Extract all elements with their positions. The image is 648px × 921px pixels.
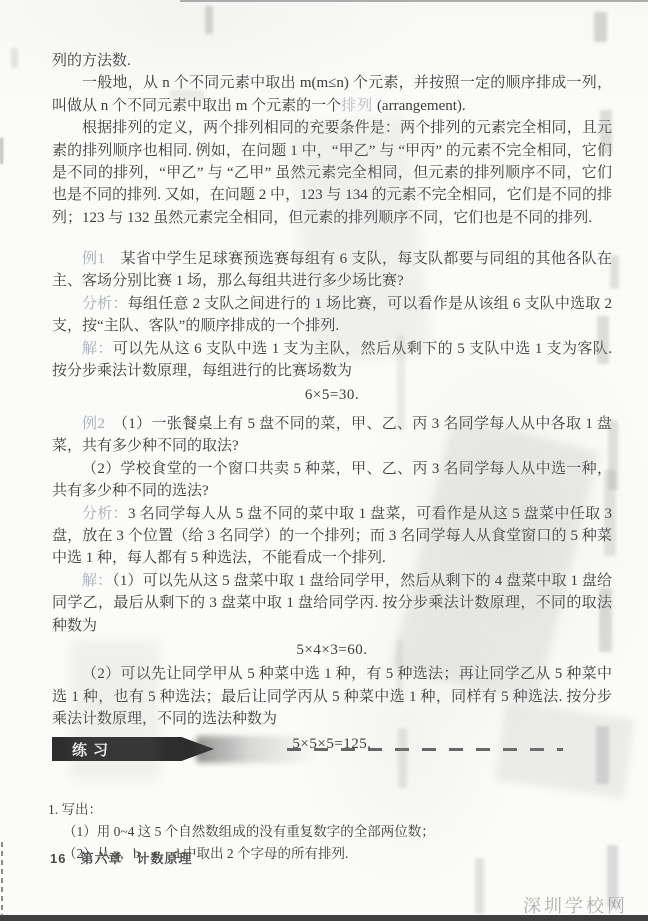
continued-text: 列的方法数. [52, 53, 131, 69]
textbook-page: 列的方法数. 一般地，从 n 个不同元素中取出 m(m≤n) 个元素，并按照一定… [0, 0, 648, 921]
analysis-label: 分析： [82, 296, 128, 312]
example-2-solution2: （2）可以先让同学甲从 5 种菜中选 1 种，有 5 种选法；再让同学乙从 5 … [52, 663, 612, 730]
example-2-solution1: 解：（1）可以先从这 5 盘菜中取 1 盘给同学甲，然后从剩下的 4 盘菜中取 … [52, 570, 612, 637]
definition-text-after: (arrangement). [373, 98, 465, 114]
example-2-formula1: 5×4×3=60. [52, 639, 612, 661]
example-2-question1-text: （1）一张餐桌上有 5 盘不同的菜，甲、乙、丙 3 名同学每人从中各取 1 盘菜… [52, 416, 612, 454]
example-1-analysis: 分析：每组任意 2 支队之间进行的 1 场比赛，可以看作是从该组 6 支队中选取… [52, 293, 612, 338]
key-term-arrangement: 排列 [341, 98, 373, 114]
exercise-banner-label: 练习 [72, 739, 114, 760]
scan-edge-left-mark [0, 138, 3, 164]
page-number: 16 [50, 851, 66, 866]
example-2-solution1-text: （1）可以先从这 5 盘菜中取 1 盘给同学甲，然后从剩下的 4 盘菜中取 1 … [52, 573, 612, 634]
chapter-label: 第六章 [80, 851, 122, 866]
scan-artifact [205, 6, 213, 34]
definition-paragraph: 一般地，从 n 个不同元素中取出 m(m≤n) 个元素，并按照一定的顺序排成一列… [52, 72, 612, 117]
example-2-analysis: 分析：3 名同学每人从 5 盘不同的菜中取 1 盘菜，可看作是从这 5 盘菜中任… [52, 503, 612, 570]
continued-paragraph: 列的方法数. [52, 50, 612, 72]
condition-paragraph: 根据排列的定义，两个排列相同的充要条件是：两个排列的元素完全相同，且元素的排列顺… [52, 117, 612, 229]
example-2-question2: （2）学校食堂的一个窗口共卖 5 种菜，甲、乙、丙 3 名同学每人从中选一种，共… [52, 458, 612, 503]
dashed-divider [287, 748, 563, 751]
scan-edge-top [180, 0, 648, 2]
exercise-banner: 练习 [52, 737, 214, 761]
solution-label: 解： [82, 573, 112, 589]
example-1-formula: 6×5=30. [52, 384, 612, 406]
example-2-label: 例2 [82, 416, 105, 432]
example-1-label: 例1 [82, 251, 105, 267]
example-2: 例2 （1）一张餐桌上有 5 盘不同的菜，甲、乙、丙 3 名同学每人从中各取 1… [52, 413, 612, 757]
definition-text: 一般地，从 n 个不同元素中取出 m(m≤n) 个元素，并按照一定的顺序排成一列… [52, 75, 612, 113]
example-1-solution: 解：可以先从这 6 支队中选 1 支为主队，然后从剩下的 5 支队中选 1 支为… [52, 338, 612, 383]
scan-edge-left [1, 842, 3, 916]
example-2-analysis-text: 3 名同学每人从 5 盘不同的菜中取 1 盘菜，可看作是从这 5 盘菜中任取 3… [52, 506, 612, 567]
example-1-question: 例1 某省中学生足球赛预选赛每组有 6 支队，每支队都要与同组的其他各队在主、客… [52, 248, 612, 293]
scan-artifact [11, 48, 18, 68]
exercise-item-1: 1. 写出： [48, 799, 608, 821]
example-1-solution-text: 可以先从这 6 支队中选 1 支为主队，然后从剩下的 5 支队中选 1 支为客队… [52, 341, 612, 379]
scan-artifact [594, 12, 607, 42]
chapter-title: 计数原理 [136, 851, 192, 866]
example-2-question1: 例2 （1）一张餐桌上有 5 盘不同的菜，甲、乙、丙 3 名同学每人从中各取 1… [52, 413, 612, 458]
analysis-label: 分析： [82, 506, 128, 522]
scan-edge-bottom [0, 915, 648, 921]
intro-section: 列的方法数. 一般地，从 n 个不同元素中取出 m(m≤n) 个元素，并按照一定… [52, 50, 612, 229]
exercise-item-1-sub-1: （1）用 0~4 这 5 个自然数组成的没有重复数字的全部两位数； [48, 821, 608, 843]
example-1-question-text: 某省中学生足球赛预选赛每组有 6 支队，每支队都要与同组的其他各队在主、客场分别… [52, 251, 612, 289]
example-1-analysis-text: 每组任意 2 支队之间进行的 1 场比赛，可以看作是从该组 6 支队中选取 2 … [52, 296, 612, 334]
example-1: 例1 某省中学生足球赛预选赛每组有 6 支队，每支队都要与同组的其他各队在主、客… [52, 248, 612, 409]
scan-artifact [475, 858, 484, 914]
page-footer: 16第六章计数原理 [50, 848, 207, 867]
solution-label: 解： [82, 341, 113, 357]
